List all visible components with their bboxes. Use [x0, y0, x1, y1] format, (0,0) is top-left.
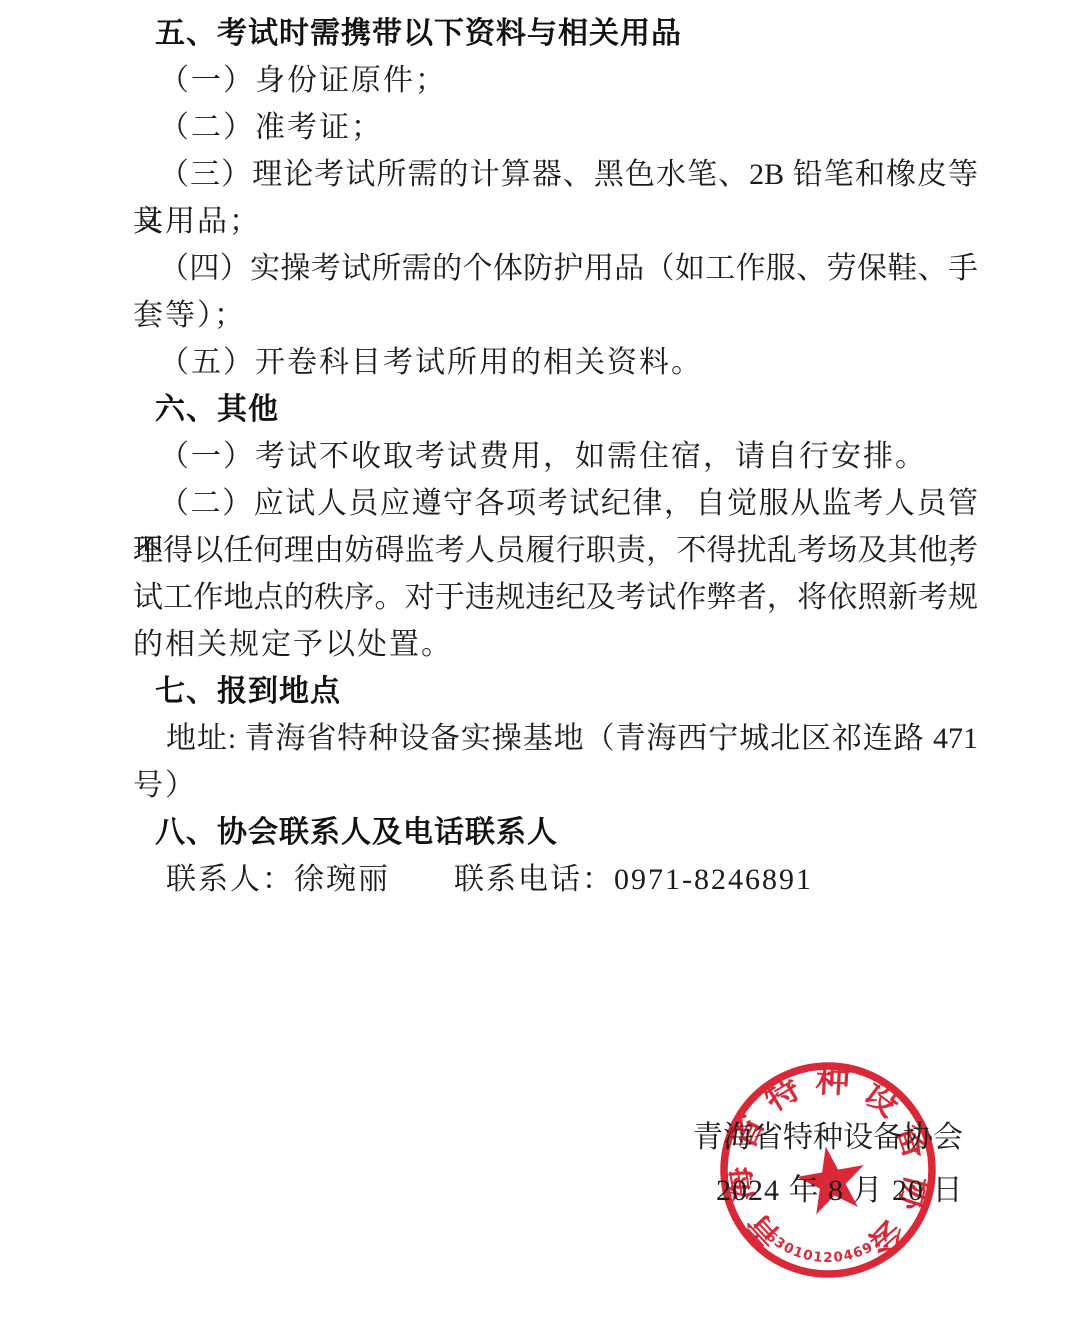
section-heading: 七、报到地点	[133, 668, 978, 715]
document-line: 联系人：徐琬丽 联系电话：0971-8246891	[133, 856, 978, 903]
document-body: 五、考试时需携带以下资料与相关用品（一）身份证原件；（二）准考证；（三）理论考试…	[133, 10, 978, 903]
document-line: 不得以任何理由妨碍监考人员履行职责，不得扰乱考场及其他考	[133, 527, 978, 574]
document-line: （一）身份证原件；	[133, 57, 978, 104]
document-line: 套等）；	[133, 292, 978, 339]
signature-date: 2024 年 8 月 20 日	[716, 1173, 964, 1209]
section-heading: 六、其他	[133, 386, 978, 433]
svg-text:种: 种	[815, 1061, 851, 1101]
document-line: （五）开卷科目考试所用的相关资料。	[133, 339, 978, 386]
section-heading: 五、考试时需携带以下资料与相关用品	[133, 10, 978, 57]
document-line: 试工作地点的秩序。对于违规违纪及考试作弊者，将依照新考规	[133, 574, 978, 621]
svg-text:设: 设	[857, 1074, 907, 1125]
official-seal-stamp: 青海省特种设备协会 6301012046977	[698, 1040, 958, 1300]
document-line: 号）	[133, 762, 978, 809]
svg-text:特: 特	[758, 1069, 807, 1119]
document-line: （二）应试人员应遵守各项考试纪律，自觉服从监考人员管理，	[133, 480, 978, 527]
document-line: 具用品；	[133, 198, 978, 245]
document-line: （二）准考证；	[133, 104, 978, 151]
document-line: （一）考试不收取考试费用，如需住宿，请自行安排。	[133, 433, 978, 480]
svg-text:1: 1	[812, 1249, 823, 1266]
document-line: 地址: 青海省特种设备实操基地（青海西宁城北区祁连路 471	[133, 715, 978, 762]
document-line: （四）实操考试所需的个体防护用品（如工作服、劳保鞋、手	[133, 245, 978, 292]
document-line: 的相关规定予以处置。	[133, 621, 978, 668]
svg-text:2: 2	[823, 1250, 832, 1266]
signature-org: 青海省特种设备协会	[693, 1120, 963, 1156]
stamp-svg: 青海省特种设备协会 6301012046977	[698, 1040, 958, 1300]
document-line: （三）理论考试所需的计算器、黑色水笔、2B 铅笔和橡皮等文	[133, 151, 978, 198]
section-heading: 八、协会联系人及电话联系人	[133, 809, 978, 856]
